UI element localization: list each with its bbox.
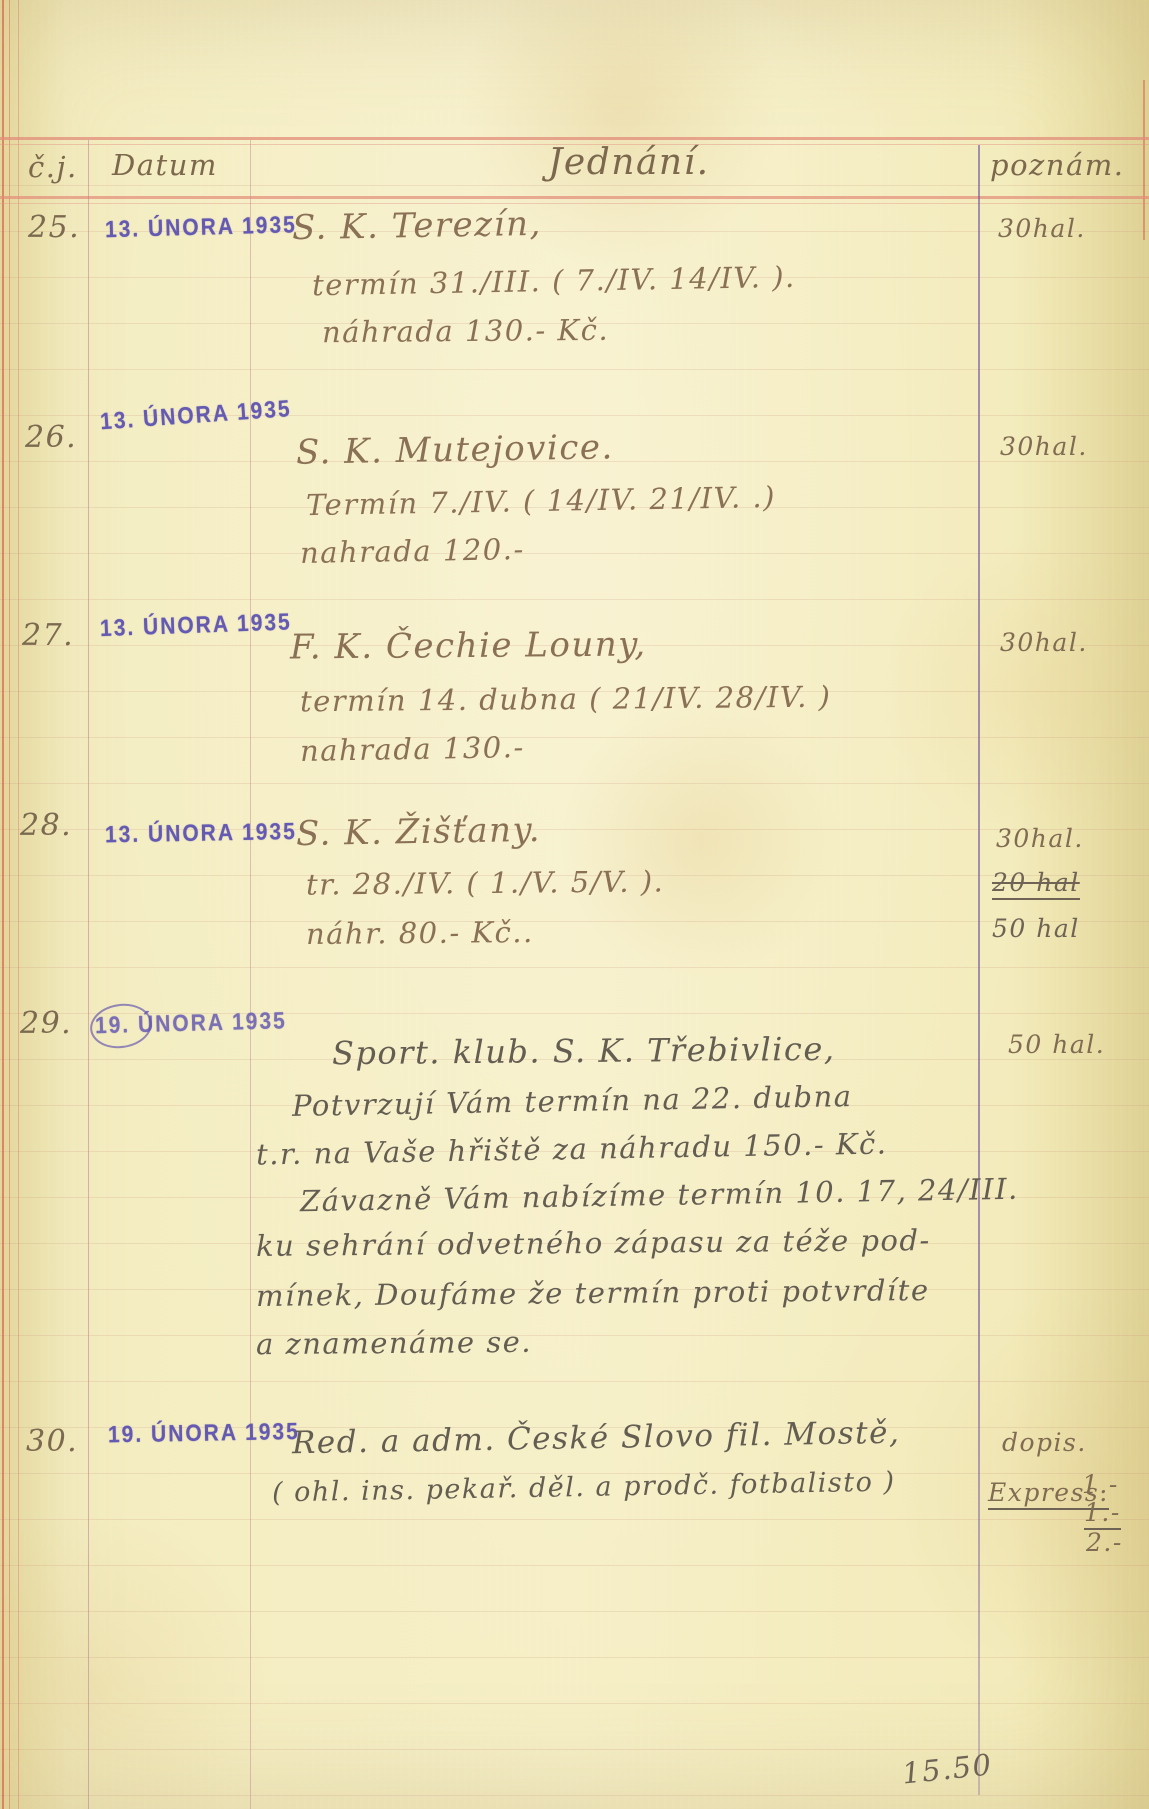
entry-note-struck: 20 hal xyxy=(992,868,1080,900)
entry-number: 25. xyxy=(28,210,80,245)
header-col-note: poznám. xyxy=(990,148,1125,182)
entry-line: t.r. na Vaše hřiště za náhradu 150.- Kč. xyxy=(256,1126,888,1171)
entry-note: dopis. xyxy=(1002,1428,1087,1457)
entry-line: S. K. Mutejovice. xyxy=(296,427,614,473)
entry-number: 26. xyxy=(25,420,77,455)
entry-note: 30hal. xyxy=(996,824,1084,853)
entry-note: 1.- xyxy=(1082,1470,1119,1499)
header-col-date: Datum xyxy=(112,148,218,182)
right-edge-line xyxy=(1143,80,1145,240)
entry-note: 50 hal. xyxy=(1008,1030,1105,1059)
entry-note: 2.- xyxy=(1086,1528,1123,1557)
entry-line: ( ohl. ins. pekař. děl. a prodč. fotbali… xyxy=(272,1467,896,1509)
ruled-lines xyxy=(0,140,1149,1809)
date-stamp: 13. ÚNORA 1935 xyxy=(105,212,297,244)
entry-line: náhrada 130.- Kč. xyxy=(322,313,609,350)
entry-line: Red. a adm. České Slovo fil. Mostě, xyxy=(292,1415,901,1462)
ledger-page: č.j. Datum Jednání. poznám. 25. 13. ÚNOR… xyxy=(0,0,1149,1809)
entry-number: 29. xyxy=(20,1006,72,1041)
header-col-number: č.j. xyxy=(28,150,78,184)
entry-line: nahrada 120.- xyxy=(300,532,525,570)
entry-line: náhr. 80.- Kč.. xyxy=(306,915,534,951)
entry-line: termín 14. dubna ( 21/IV. 28/IV. ) xyxy=(300,680,832,719)
entry-note: 30hal. xyxy=(998,214,1086,243)
left-margin-line-inner xyxy=(9,0,10,1809)
entry-line: termín 31./III. ( 7./IV. 14/IV. ). xyxy=(312,260,796,302)
date-stamp: 13. ÚNORA 1935 xyxy=(99,396,292,436)
left-margin-line-outer xyxy=(2,0,4,1809)
entry-line: Sport. klub. S. K. Třebivlice, xyxy=(332,1030,836,1072)
header-col-subject: Jednání. xyxy=(548,142,710,183)
entry-line: F. K. Čechie Louny, xyxy=(290,624,647,667)
date-stamp: 19. ÚNORA 1935 xyxy=(95,1008,287,1040)
left-edge-column-line xyxy=(18,0,19,1809)
date-stamp: 13. ÚNORA 1935 xyxy=(105,819,297,849)
entry-line: a znamenáme se. xyxy=(256,1325,532,1361)
date-stamp: 19. ÚNORA 1935 xyxy=(108,1419,300,1449)
column-line-note xyxy=(978,145,980,1795)
entry-number: 30. xyxy=(26,1424,78,1459)
header-rule-bottom-2 xyxy=(0,203,1149,204)
header-rule-bottom xyxy=(0,196,1149,199)
entry-line: Závazně Vám nabízíme termín 10. 17, 24/I… xyxy=(300,1172,1019,1219)
date-stamp: 13. ÚNORA 1935 xyxy=(100,609,293,643)
column-line-date xyxy=(250,140,251,1809)
entry-line: S. K. Terezín, xyxy=(292,204,542,248)
entry-line: S. K. Žišťany. xyxy=(296,810,542,854)
footer-total: 15.50 xyxy=(900,1747,994,1790)
entry-note: 50 hal xyxy=(992,914,1080,943)
entry-line: Termín 7./IV. ( 14/IV. 21/IV. .) xyxy=(306,480,776,522)
entry-line: Potvrzují Vám termín na 22. dubna xyxy=(292,1079,853,1123)
entry-line: nahrada 130.- xyxy=(300,730,525,768)
entry-line: ku sehrání odvetného zápasu za téže pod- xyxy=(256,1223,931,1263)
entry-note: 30hal. xyxy=(1000,432,1088,461)
column-line-number xyxy=(88,140,89,1809)
entry-line: mínek, Doufáme že termín proti potvrdíte xyxy=(256,1273,930,1313)
entry-number: 28. xyxy=(20,808,72,843)
entry-number: 27. xyxy=(22,618,74,653)
entry-line: tr. 28./IV. ( 1./V. 5/V. ). xyxy=(306,864,665,901)
header-rule-top xyxy=(0,137,1149,140)
entry-note: 1.- xyxy=(1084,1498,1121,1530)
entry-note: 30hal. xyxy=(1000,628,1088,657)
